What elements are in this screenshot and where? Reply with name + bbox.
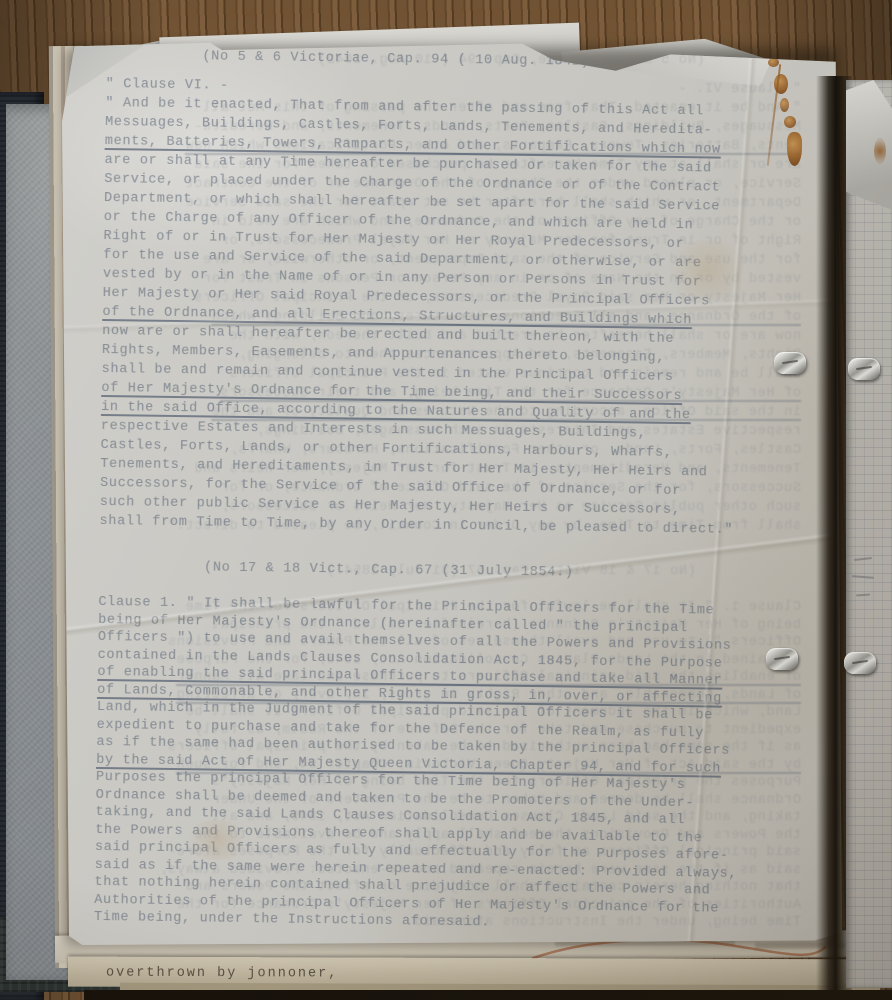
graph-paper-edge xyxy=(846,80,892,988)
rust-stain xyxy=(768,58,779,67)
paper-fastener xyxy=(760,642,806,678)
rust-spot xyxy=(874,138,886,164)
under-page-typed-text: overthrown by jonnoner, xyxy=(106,966,338,982)
paper-fastener xyxy=(838,646,884,682)
statute-heading: (No 17 & 18 Vict., Cap. 67 (31 July 1854… xyxy=(99,559,679,582)
paper-fastener xyxy=(768,346,814,382)
tan-stain xyxy=(182,820,252,860)
right-page-stack xyxy=(846,80,892,988)
paper-fastener xyxy=(842,352,888,388)
archive-photo: overthrown by jonnoner, (No 5 & 6 Victor… xyxy=(0,0,892,1000)
typescript-page: (No 5 & 6 Victoriae, Cap. 94 ( 10 Aug. 1… xyxy=(62,40,842,945)
statute-extract-1854: (No 17 & 18 Vict., Cap. 67 (31 July 1854… xyxy=(94,559,799,936)
stack-bottom-shadow xyxy=(84,990,892,1000)
typed-text-layer: (No 5 & 6 Victoriae, Cap. 94 ( 10 Aug. 1… xyxy=(94,48,806,936)
rust-stain xyxy=(780,98,789,112)
rust-stain xyxy=(784,116,796,128)
tan-stain xyxy=(662,240,752,300)
